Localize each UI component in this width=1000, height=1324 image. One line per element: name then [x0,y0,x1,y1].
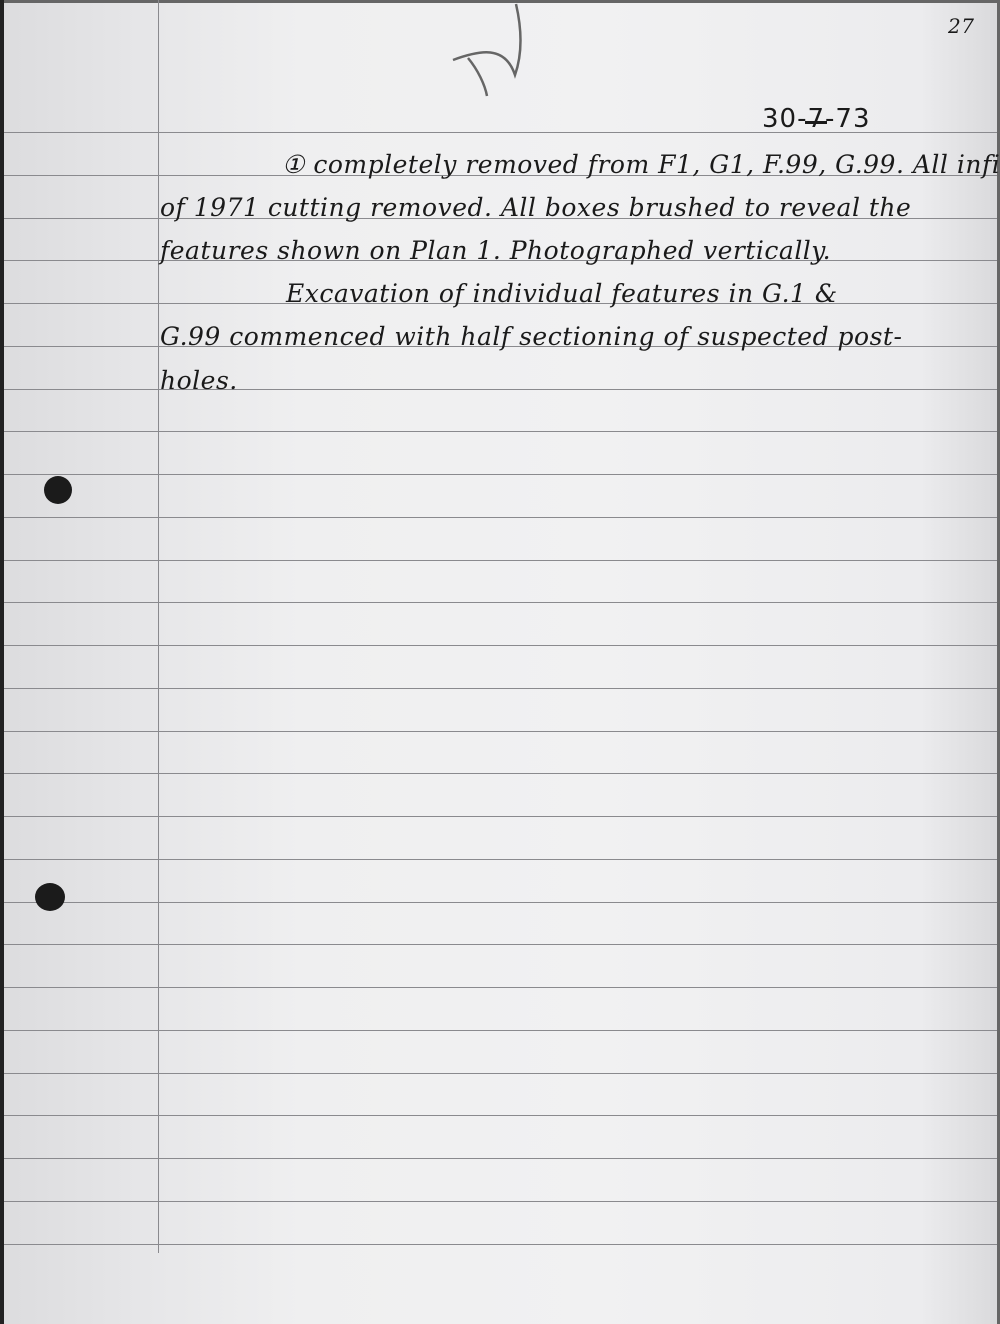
ruled-line [4,560,997,561]
note-line-2: of 1971 cutting removed. All boxes brush… [160,193,911,222]
entry-date: 30-7-73 [762,104,871,134]
ruled-line [4,1244,997,1245]
ruled-line [4,474,997,475]
note-line-3: features shown on Plan 1. Photographed v… [160,236,831,265]
ruled-line [4,602,997,603]
punch-hole-top [44,476,72,504]
ruled-line [4,859,997,860]
page-left-edge [0,0,4,1324]
check-mark-icon [450,0,530,100]
ruled-line [4,1073,997,1074]
ruled-line [4,645,997,646]
note-line-6: holes. [160,366,238,395]
ruled-line [4,1115,997,1116]
ruled-line [4,517,997,518]
date-day: 30 [762,104,797,134]
ruled-line [4,902,997,903]
ruled-line [4,773,997,774]
date-month-struck: 7 [807,104,825,134]
ruled-line [4,1201,997,1202]
note-line-5: G.99 commenced with half sectioning of s… [160,322,902,351]
ruled-line [4,688,997,689]
ruled-line [4,431,997,432]
note-line-1: ① completely removed from F1, G1, F.99, … [282,150,1000,179]
ruled-line [4,1030,997,1031]
ruled-line [4,731,997,732]
note-line-4: Excavation of individual features in G.1… [286,279,838,308]
punch-hole-bottom [35,883,65,911]
date-year: 73 [835,104,870,134]
ruled-line [4,944,997,945]
ruled-line [4,389,997,390]
ruled-line [4,987,997,988]
notebook-page: 27 30-7-73 ① completely removed from F1,… [0,0,1000,1324]
ruled-line [4,1158,997,1159]
page-number: 27 [948,14,974,38]
ruled-line [4,816,997,817]
margin-line [158,0,159,1253]
